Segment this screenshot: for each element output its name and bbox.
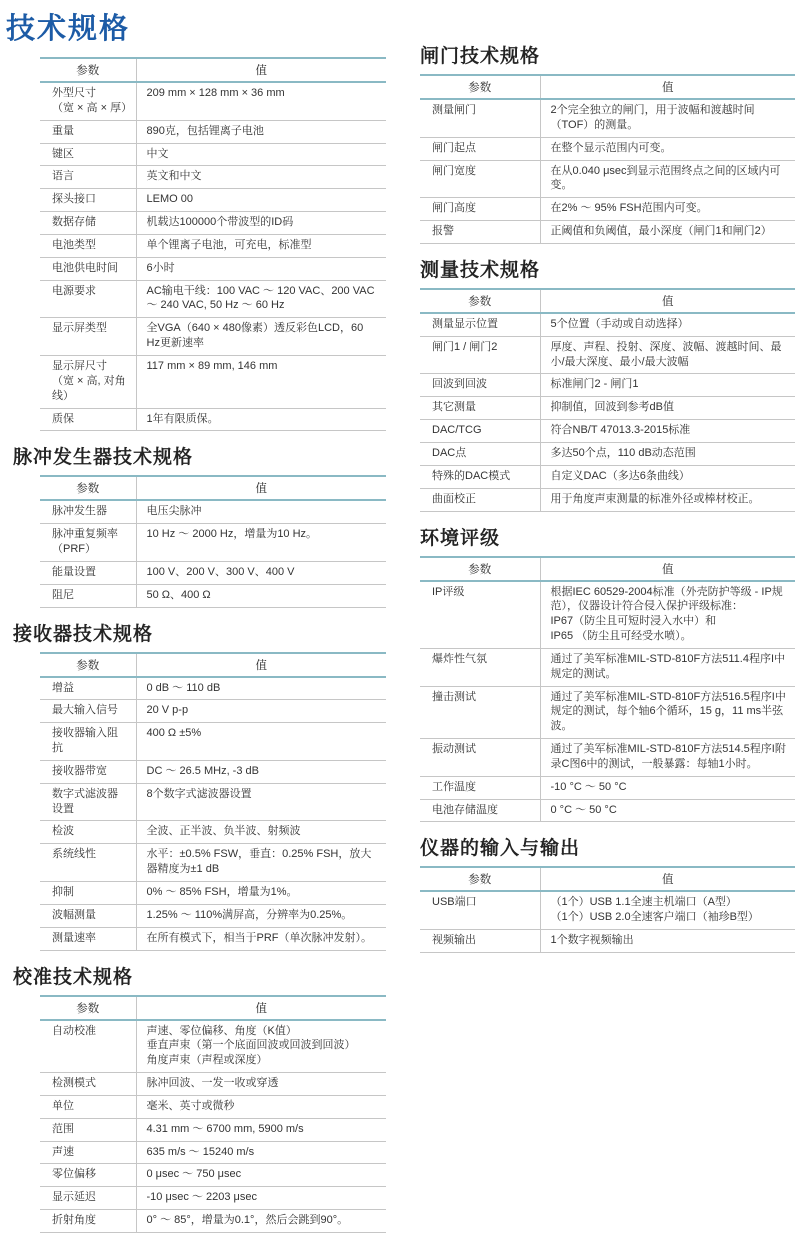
value-cell: 在整个显示范围内可变。 — [540, 137, 795, 160]
table-row: 曲面校正用于角度声束测量的标准外径或棒材校正。 — [420, 488, 795, 511]
value-cell: 5个位置（手动或自动选择） — [540, 313, 795, 336]
table-row: 接收器带宽DC ～ 26.5 MHz, -3 dB — [40, 760, 386, 783]
value-cell: 100 V、200 V、300 V、400 V — [136, 561, 386, 584]
table-body: 测量闸门2个完全独立的闸门，用于波幅和渡越时间（TOF）的测量。闸门起点在整个显… — [420, 99, 795, 243]
param-cell: 波幅测量 — [40, 904, 136, 927]
table-body: 增益0 dB ～ 110 dB最大输入信号20 V p-p接收器输入阻抗400 … — [40, 677, 386, 950]
param-cell: 接收器输入阻抗 — [40, 723, 136, 761]
table-row: 闸门1 / 闸门2厚度、声程、投射、深度、波幅、渡越时间、最小/最大深度、最小/… — [420, 336, 795, 374]
table-head: 参数值 — [420, 289, 795, 313]
param-cell: 声速 — [40, 1141, 136, 1164]
table-body: IP评级根据IEC 60529-2004标准（外壳防护等级 - IP规范），仪器… — [420, 581, 795, 822]
param-cell: 检测模式 — [40, 1073, 136, 1096]
table-row: 外型尺寸 （宽 × 高 × 厚）209 mm × 128 mm × 36 mm — [40, 82, 386, 120]
column-header-param: 参数 — [420, 75, 540, 99]
table-row: 抑制0% ～ 85% FSH，增量为1%。 — [40, 882, 386, 905]
value-cell: 中文 — [136, 143, 386, 166]
value-cell: 2个完全独立的闸门，用于波幅和渡越时间（TOF）的测量。 — [540, 99, 795, 137]
param-cell: 报警 — [420, 221, 540, 244]
table-row: 电池供电时间6小时 — [40, 257, 386, 280]
param-cell: 闸门1 / 闸门2 — [420, 336, 540, 374]
param-cell: 外型尺寸 （宽 × 高 × 厚） — [40, 82, 136, 120]
table-head: 参数值 — [40, 58, 386, 82]
table-row: 数字式滤波器设置8个数字式滤波器设置 — [40, 783, 386, 821]
table-row: 语言英文和中文 — [40, 166, 386, 189]
value-cell: -10 μsec ～ 2203 μsec — [136, 1187, 386, 1210]
param-cell: USB端口 — [420, 891, 540, 929]
section-title: 校准技术规格 — [13, 962, 394, 989]
param-cell: 接收器带宽 — [40, 760, 136, 783]
param-cell: 系统线性 — [40, 844, 136, 882]
column-header-value: 值 — [136, 653, 386, 677]
column-header-param: 参数 — [40, 476, 136, 500]
spec-table: 参数值自动校准声速、零位偏移、角度（K值） 垂直声束（第一个底面回波或回波到回波… — [40, 995, 386, 1233]
column-left: 技术规格 参数值外型尺寸 （宽 × 高 × 厚）209 mm × 128 mm … — [6, 6, 394, 1233]
value-cell: 4.31 mm ～ 6700 mm, 5900 m/s — [136, 1118, 386, 1141]
value-cell: 在所有模式下，相当于PRF（单次脉冲发射）。 — [136, 927, 386, 950]
table-row: 单位毫米、英寸或微秒 — [40, 1095, 386, 1118]
table-row: 工作温度-10 °C ～ 50 °C — [420, 776, 795, 799]
param-cell: 检波 — [40, 821, 136, 844]
param-cell: 阻尼 — [40, 584, 136, 607]
table-row: 波幅测量1.25% ～ 110%满屏高，分辨率为0.25%。 — [40, 904, 386, 927]
table-row: 撞击测试通过了美军标准MIL-STD-810F方法516.5程序I中规定的测试，… — [420, 686, 795, 739]
table-row: 质保1年有限质保。 — [40, 408, 386, 431]
table-row: 电源要求AC输电干线：100 VAC ～ 120 VAC、200 VAC ～ 2… — [40, 280, 386, 318]
section-title: 环境评级 — [420, 523, 795, 550]
value-cell: 0% ～ 85% FSH，增量为1%。 — [136, 882, 386, 905]
spec-table: 参数值脉冲发生器电压尖脉冲脉冲重复频率（PRF）10 Hz ～ 2000 Hz，… — [40, 475, 386, 607]
value-cell: 水平：±0.5% FSW，垂直：0.25% FSH，放大器精度为±1 dB — [136, 844, 386, 882]
table-row: 声速635 m/s ～ 15240 m/s — [40, 1141, 386, 1164]
column-header-value: 值 — [540, 557, 795, 581]
table-row: 数据存储机载达100000个带波型的ID码 — [40, 212, 386, 235]
column-header-value: 值 — [136, 476, 386, 500]
table-body: USB端口（1个）USB 1.1全速主机端口（A型） （1个）USB 2.0全速… — [420, 891, 795, 952]
table-row: DAC点多达50个点，110 dB动态范围 — [420, 442, 795, 465]
value-cell: 10 Hz ～ 2000 Hz，增量为10 Hz。 — [136, 524, 386, 562]
param-cell: 探头接口 — [40, 189, 136, 212]
param-cell: 脉冲重复频率（PRF） — [40, 524, 136, 562]
value-cell: 符合NB/T 47013.3-2015标准 — [540, 420, 795, 443]
value-cell: 在从0.040 μsec到显示范围终点之间的区域内可变。 — [540, 160, 795, 198]
value-cell: 890克，包括锂离子电池 — [136, 120, 386, 143]
param-cell: 振动测试 — [420, 739, 540, 777]
param-cell: DAC/TCG — [420, 420, 540, 443]
value-cell: DC ～ 26.5 MHz, -3 dB — [136, 760, 386, 783]
param-cell: 电源要求 — [40, 280, 136, 318]
section-title: 测量技术规格 — [420, 255, 795, 282]
param-cell: 电池类型 — [40, 234, 136, 257]
param-cell: 最大输入信号 — [40, 700, 136, 723]
table-header-row: 参数值 — [40, 58, 386, 82]
table-row: 显示屏尺寸 （宽 × 高, 对角线）117 mm × 89 mm, 146 mm — [40, 355, 386, 408]
table-header-row: 参数值 — [40, 653, 386, 677]
table-header-row: 参数值 — [420, 867, 795, 891]
value-cell: 1年有限质保。 — [136, 408, 386, 431]
param-cell: 键区 — [40, 143, 136, 166]
table-row: 视频输出1个数字视频输出 — [420, 930, 795, 953]
value-cell: 正阈值和负阈值，最小深度（闸门1和闸门2） — [540, 221, 795, 244]
param-cell: IP评级 — [420, 581, 540, 649]
table-row: 闸门起点在整个显示范围内可变。 — [420, 137, 795, 160]
section-title: 仪器的输入与输出 — [420, 833, 795, 860]
table-row: 显示屏类型全VGA（640 × 480像素）透反彩色LCD，60 Hz更新速率 — [40, 318, 386, 356]
value-cell: 用于角度声束测量的标准外径或棒材校正。 — [540, 488, 795, 511]
value-cell: 声速、零位偏移、角度（K值） 垂直声束（第一个底面回波或回波到回波） 角度声束（… — [136, 1020, 386, 1073]
value-cell: 1个数字视频输出 — [540, 930, 795, 953]
table-row: 能量设置100 V、200 V、300 V、400 V — [40, 561, 386, 584]
table-row: 振动测试通过了美军标准MIL-STD-810F方法514.5程序I附录C图6中的… — [420, 739, 795, 777]
param-cell: 显示屏类型 — [40, 318, 136, 356]
column-header-param: 参数 — [420, 867, 540, 891]
spec-table: 参数值USB端口（1个）USB 1.1全速主机端口（A型） （1个）USB 2.… — [420, 866, 795, 953]
table-row: 回波到回波标准闸门2 - 闸门1 — [420, 374, 795, 397]
table-head: 参数值 — [40, 996, 386, 1020]
param-cell: 闸门宽度 — [420, 160, 540, 198]
table-row: 折射角度0° ～ 85°，增量为0.1°，然后会跳到90°。 — [40, 1210, 386, 1233]
column-header-value: 值 — [136, 58, 386, 82]
section-title: 接收器技术规格 — [13, 619, 394, 646]
table-row: IP评级根据IEC 60529-2004标准（外壳防护等级 - IP规范），仪器… — [420, 581, 795, 649]
table-row: 测量显示位置5个位置（手动或自动选择） — [420, 313, 795, 336]
param-cell: 语言 — [40, 166, 136, 189]
param-cell: 折射角度 — [40, 1210, 136, 1233]
param-cell: 增益 — [40, 677, 136, 700]
value-cell: LEMO 00 — [136, 189, 386, 212]
param-cell: 闸门高度 — [420, 198, 540, 221]
table-row: 系统线性水平：±0.5% FSW，垂直：0.25% FSH，放大器精度为±1 d… — [40, 844, 386, 882]
table-row: USB端口（1个）USB 1.1全速主机端口（A型） （1个）USB 2.0全速… — [420, 891, 795, 929]
table-row: 零位偏移0 μsec ～ 750 μsec — [40, 1164, 386, 1187]
column-header-param: 参数 — [420, 557, 540, 581]
param-cell: 数字式滤波器设置 — [40, 783, 136, 821]
table-row: 接收器输入阻抗400 Ω ±5% — [40, 723, 386, 761]
column-right: 闸门技术规格参数值测量闸门2个完全独立的闸门，用于波幅和渡越时间（TOF）的测量… — [420, 6, 795, 953]
table-row: 电池存储温度0 °C ～ 50 °C — [420, 799, 795, 822]
param-cell: 抑制 — [40, 882, 136, 905]
column-header-param: 参数 — [40, 653, 136, 677]
value-cell: 通过了美军标准MIL-STD-810F方法511.4程序I中规定的测试。 — [540, 648, 795, 686]
table-row: 重量890克，包括锂离子电池 — [40, 120, 386, 143]
value-cell: 通过了美军标准MIL-STD-810F方法516.5程序I中规定的测试，每个轴6… — [540, 686, 795, 739]
column-header-param: 参数 — [40, 58, 136, 82]
param-cell: 工作温度 — [420, 776, 540, 799]
value-cell: 1.25% ～ 110%满屏高，分辨率为0.25%。 — [136, 904, 386, 927]
table-row: 电池类型单个锂离子电池，可充电，标准型 — [40, 234, 386, 257]
value-cell: 0 °C ～ 50 °C — [540, 799, 795, 822]
table-body: 外型尺寸 （宽 × 高 × 厚）209 mm × 128 mm × 36 mm重… — [40, 82, 386, 431]
table-header-row: 参数值 — [40, 476, 386, 500]
param-cell: 数据存储 — [40, 212, 136, 235]
table-row: 探头接口LEMO 00 — [40, 189, 386, 212]
value-cell: 厚度、声程、投射、深度、波幅、渡越时间、最小/最大深度、最小/最大波幅 — [540, 336, 795, 374]
table-row: 特殊的DAC模式自定义DAC（多达6条曲线） — [420, 465, 795, 488]
table-head: 参数值 — [420, 867, 795, 891]
value-cell: 英文和中文 — [136, 166, 386, 189]
spec-sheet-page: 技术规格 参数值外型尺寸 （宽 × 高 × 厚）209 mm × 128 mm … — [0, 0, 800, 1233]
param-cell: 爆炸性气氛 — [420, 648, 540, 686]
value-cell: 抑制值，回波到参考dB值 — [540, 397, 795, 420]
table-row: 其它测量抑制值，回波到参考dB值 — [420, 397, 795, 420]
table-row: 范围4.31 mm ～ 6700 mm, 5900 m/s — [40, 1118, 386, 1141]
page-title: 技术规格 — [6, 6, 394, 47]
value-cell: 在2% ～ 95% FSH范围内可变。 — [540, 198, 795, 221]
column-header-value: 值 — [540, 75, 795, 99]
table-row: 闸门高度在2% ～ 95% FSH范围内可变。 — [420, 198, 795, 221]
value-cell: 0° ～ 85°，增量为0.1°，然后会跳到90°。 — [136, 1210, 386, 1233]
param-cell: 显示延迟 — [40, 1187, 136, 1210]
param-cell: 特殊的DAC模式 — [420, 465, 540, 488]
table-header-row: 参数值 — [420, 75, 795, 99]
value-cell: 毫米、英寸或微秒 — [136, 1095, 386, 1118]
value-cell: 117 mm × 89 mm, 146 mm — [136, 355, 386, 408]
column-header-value: 值 — [136, 996, 386, 1020]
param-cell: 测量闸门 — [420, 99, 540, 137]
table-row: 脉冲发生器电压尖脉冲 — [40, 500, 386, 523]
value-cell: 多达50个点，110 dB动态范围 — [540, 442, 795, 465]
section-title: 闸门技术规格 — [420, 41, 795, 68]
param-cell: 电池存储温度 — [420, 799, 540, 822]
table-body: 脉冲发生器电压尖脉冲脉冲重复频率（PRF）10 Hz ～ 2000 Hz，增量为… — [40, 500, 386, 607]
value-cell: 通过了美军标准MIL-STD-810F方法514.5程序I附录C图6中的测试，一… — [540, 739, 795, 777]
table-head: 参数值 — [40, 653, 386, 677]
table-row: 自动校准声速、零位偏移、角度（K值） 垂直声束（第一个底面回波或回波到回波） 角… — [40, 1020, 386, 1073]
value-cell: 机载达100000个带波型的ID码 — [136, 212, 386, 235]
spec-table: 参数值测量显示位置5个位置（手动或自动选择）闸门1 / 闸门2厚度、声程、投射、… — [420, 288, 795, 512]
value-cell: 根据IEC 60529-2004标准（外壳防护等级 - IP规范），仪器设计符合… — [540, 581, 795, 649]
column-header-param: 参数 — [40, 996, 136, 1020]
param-cell: 质保 — [40, 408, 136, 431]
value-cell: 标准闸门2 - 闸门1 — [540, 374, 795, 397]
param-cell: 电池供电时间 — [40, 257, 136, 280]
param-cell: DAC点 — [420, 442, 540, 465]
spec-table: 参数值增益0 dB ～ 110 dB最大输入信号20 V p-p接收器输入阻抗4… — [40, 652, 386, 951]
value-cell: -10 °C ～ 50 °C — [540, 776, 795, 799]
value-cell: 0 dB ～ 110 dB — [136, 677, 386, 700]
param-cell: 撞击测试 — [420, 686, 540, 739]
value-cell: 8个数字式滤波器设置 — [136, 783, 386, 821]
value-cell: 自定义DAC（多达6条曲线） — [540, 465, 795, 488]
table-header-row: 参数值 — [420, 557, 795, 581]
table-row: 爆炸性气氛通过了美军标准MIL-STD-810F方法511.4程序I中规定的测试… — [420, 648, 795, 686]
table-row: 闸门宽度在从0.040 μsec到显示范围终点之间的区域内可变。 — [420, 160, 795, 198]
param-cell: 重量 — [40, 120, 136, 143]
value-cell: AC输电干线：100 VAC ～ 120 VAC、200 VAC ～ 240 V… — [136, 280, 386, 318]
table-row: 报警正阈值和负阈值，最小深度（闸门1和闸门2） — [420, 221, 795, 244]
table-head: 参数值 — [420, 75, 795, 99]
param-cell: 曲面校正 — [420, 488, 540, 511]
value-cell: 209 mm × 128 mm × 36 mm — [136, 82, 386, 120]
value-cell: 全波、正半波、负半波、射频波 — [136, 821, 386, 844]
param-cell: 显示屏尺寸 （宽 × 高, 对角线） — [40, 355, 136, 408]
table-row: 阻尼50 Ω、400 Ω — [40, 584, 386, 607]
value-cell: 400 Ω ±5% — [136, 723, 386, 761]
value-cell: 全VGA（640 × 480像素）透反彩色LCD，60 Hz更新速率 — [136, 318, 386, 356]
table-body: 测量显示位置5个位置（手动或自动选择）闸门1 / 闸门2厚度、声程、投射、深度、… — [420, 313, 795, 511]
table-row: 脉冲重复频率（PRF）10 Hz ～ 2000 Hz，增量为10 Hz。 — [40, 524, 386, 562]
table-row: 最大输入信号20 V p-p — [40, 700, 386, 723]
param-cell: 闸门起点 — [420, 137, 540, 160]
param-cell: 范围 — [40, 1118, 136, 1141]
value-cell: 6小时 — [136, 257, 386, 280]
param-cell: 视频输出 — [420, 930, 540, 953]
table-body: 自动校准声速、零位偏移、角度（K值） 垂直声束（第一个底面回波或回波到回波） 角… — [40, 1020, 386, 1233]
table-row: 检测模式脉冲回波、一发一收或穿透 — [40, 1073, 386, 1096]
spec-table: 参数值测量闸门2个完全独立的闸门，用于波幅和渡越时间（TOF）的测量。闸门起点在… — [420, 74, 795, 244]
value-cell: 635 m/s ～ 15240 m/s — [136, 1141, 386, 1164]
value-cell: 单个锂离子电池，可充电，标准型 — [136, 234, 386, 257]
value-cell: 0 μsec ～ 750 μsec — [136, 1164, 386, 1187]
table-row: 增益0 dB ～ 110 dB — [40, 677, 386, 700]
param-cell: 零位偏移 — [40, 1164, 136, 1187]
value-cell: 50 Ω、400 Ω — [136, 584, 386, 607]
param-cell: 其它测量 — [420, 397, 540, 420]
table-head: 参数值 — [40, 476, 386, 500]
value-cell: 电压尖脉冲 — [136, 500, 386, 523]
value-cell: 脉冲回波、一发一收或穿透 — [136, 1073, 386, 1096]
table-row: 键区中文 — [40, 143, 386, 166]
table-row: 测量闸门2个完全独立的闸门，用于波幅和渡越时间（TOF）的测量。 — [420, 99, 795, 137]
param-cell: 单位 — [40, 1095, 136, 1118]
table-head: 参数值 — [420, 557, 795, 581]
table-row: DAC/TCG符合NB/T 47013.3-2015标准 — [420, 420, 795, 443]
value-cell: （1个）USB 1.1全速主机端口（A型） （1个）USB 2.0全速客户端口（… — [540, 891, 795, 929]
table-row: 显示延迟-10 μsec ～ 2203 μsec — [40, 1187, 386, 1210]
column-header-value: 值 — [540, 289, 795, 313]
table-row: 检波全波、正半波、负半波、射频波 — [40, 821, 386, 844]
spec-table: 参数值IP评级根据IEC 60529-2004标准（外壳防护等级 - IP规范）… — [420, 556, 795, 823]
column-header-value: 值 — [540, 867, 795, 891]
param-cell: 测量显示位置 — [420, 313, 540, 336]
column-header-param: 参数 — [420, 289, 540, 313]
section-title: 脉冲发生器技术规格 — [13, 442, 394, 469]
param-cell: 测量速率 — [40, 927, 136, 950]
value-cell: 20 V p-p — [136, 700, 386, 723]
param-cell: 脉冲发生器 — [40, 500, 136, 523]
table-header-row: 参数值 — [40, 996, 386, 1020]
param-cell: 能量设置 — [40, 561, 136, 584]
table-row: 测量速率在所有模式下，相当于PRF（单次脉冲发射）。 — [40, 927, 386, 950]
param-cell: 自动校准 — [40, 1020, 136, 1073]
spec-table: 参数值外型尺寸 （宽 × 高 × 厚）209 mm × 128 mm × 36 … — [40, 57, 386, 431]
table-header-row: 参数值 — [420, 289, 795, 313]
param-cell: 回波到回波 — [420, 374, 540, 397]
